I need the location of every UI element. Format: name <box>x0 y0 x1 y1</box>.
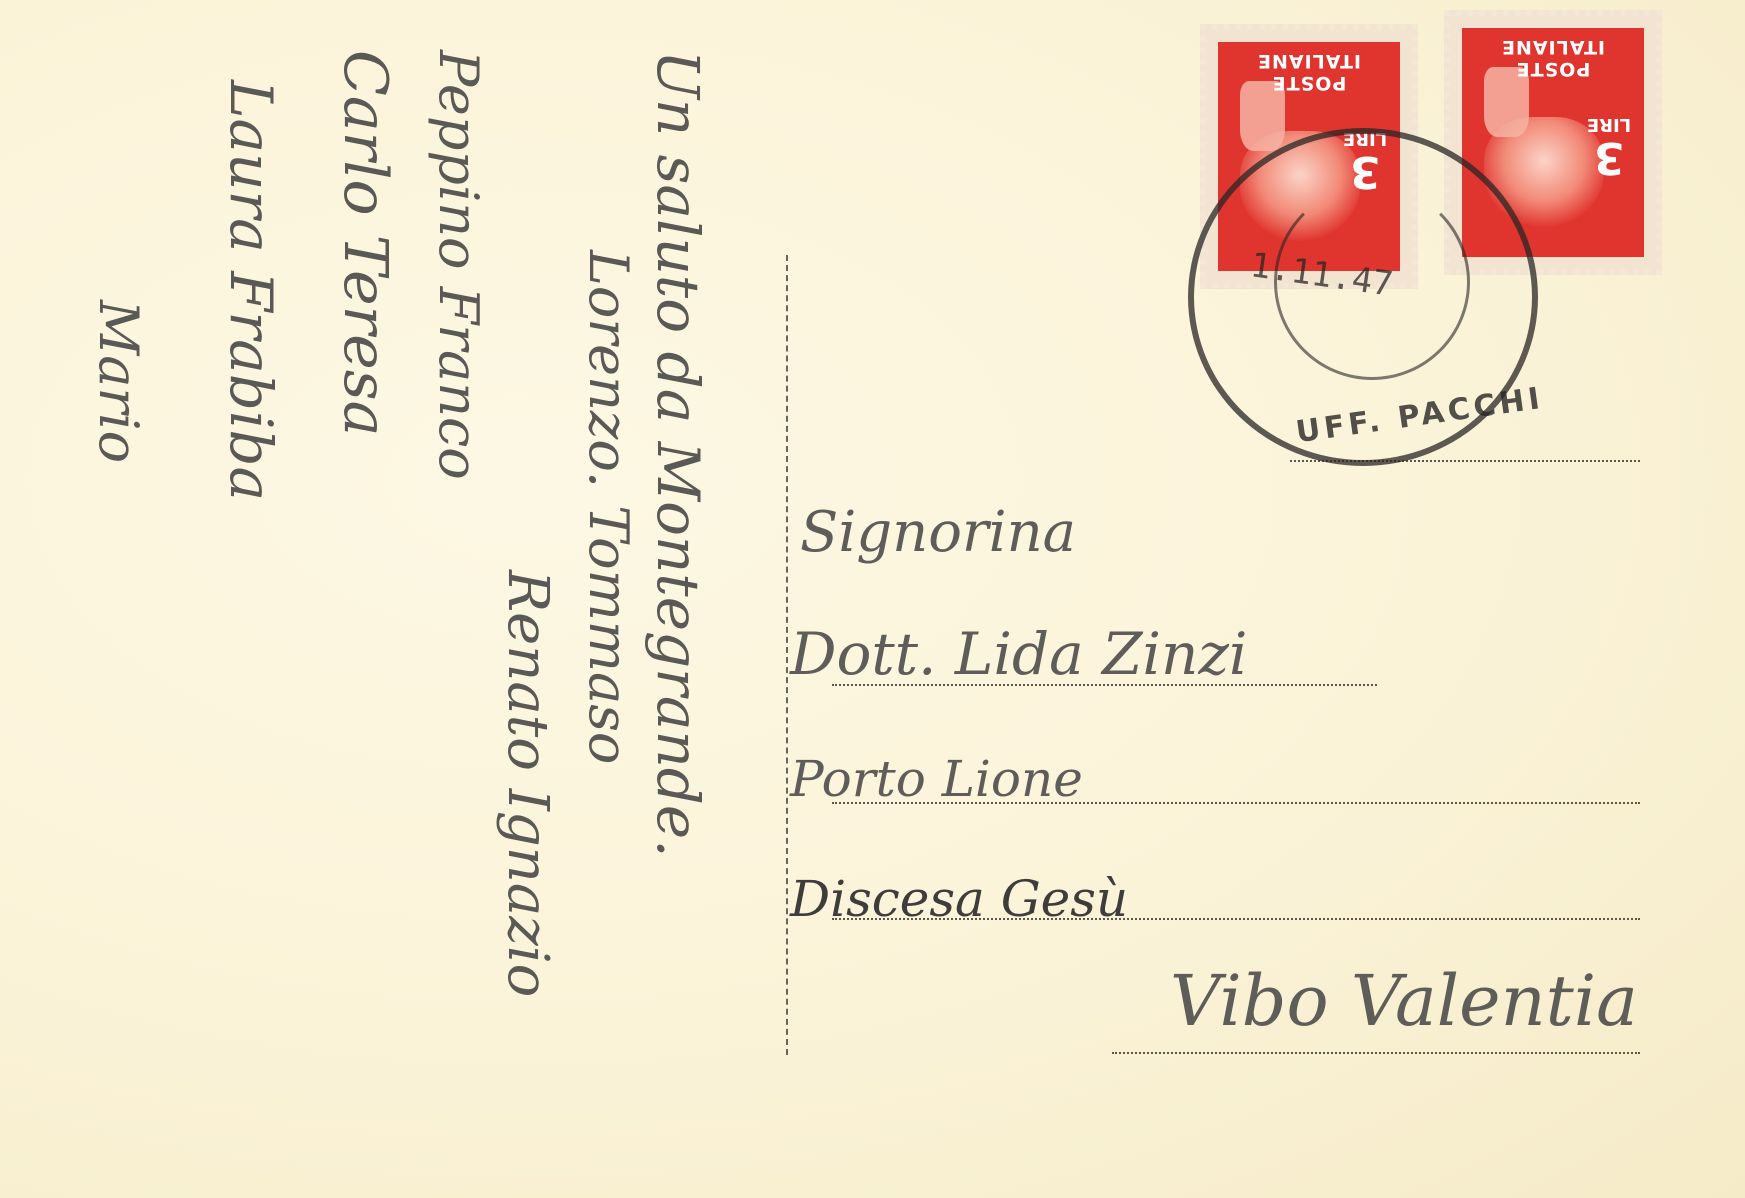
message-line: Lorenzo. Tommaso <box>577 250 640 764</box>
address-rule <box>1112 1052 1640 1054</box>
message-line: Laura Frabiba <box>217 80 285 501</box>
address-line: Dott. Lida Zinzi <box>790 620 1247 688</box>
message-line: Carlo Teresa <box>330 50 400 436</box>
stamp-issuer: POSTE ITALIANE <box>1462 36 1644 80</box>
stamp-issuer: POSTE ITALIANE <box>1218 50 1400 94</box>
message-line: Mario <box>87 300 150 463</box>
stamp-value: 3 LIRE <box>1584 114 1634 179</box>
center-divider <box>786 255 788 1055</box>
message-line: Peppino Franco <box>427 50 490 480</box>
address-line: Discesa Gesù <box>790 870 1128 928</box>
address-line: Vibo Valentia <box>1170 960 1638 1042</box>
address-line: Signorina <box>800 500 1076 565</box>
message-line: Un saluto da Montegrande. <box>644 50 712 858</box>
postcard: Un saluto da Montegrande. Lorenzo. Tomma… <box>0 0 1745 1198</box>
message-line: Renato Ignazio <box>495 570 560 997</box>
address-line: Porto Lione <box>790 750 1083 808</box>
